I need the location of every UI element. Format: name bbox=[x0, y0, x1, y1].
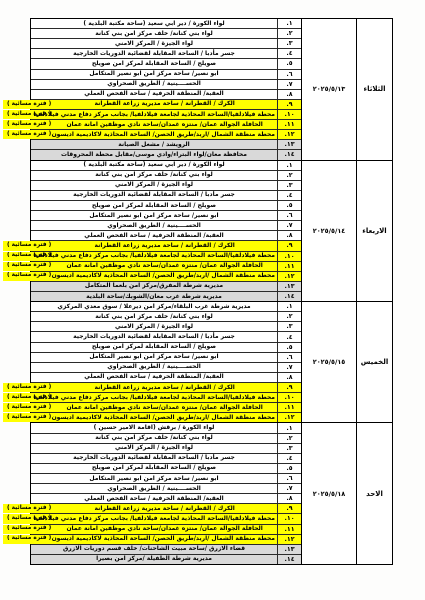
schedule-row: مديرية شرطة الطفيلة /مركز امن بصيرا١٤. bbox=[31, 555, 301, 564]
row-number-cell: ٤. bbox=[277, 49, 301, 58]
locations-column: مديرية شرطة غرب البلقاء/مركز امن ديرعلا … bbox=[31, 302, 301, 422]
evening-period-label: ( فترة مسائية ) bbox=[6, 506, 51, 512]
location-text: مديرية شرطة المفرق/مركز امن بلعما المتكا… bbox=[33, 283, 275, 289]
schedule-row: لواء بني كنانة/ خلف مركز امن بني كنانة٢. bbox=[31, 29, 301, 39]
row-number-cell: ١٠. bbox=[277, 110, 301, 119]
location-text: جسر مأدبا / الساحة المقابلة لقضائية الدو… bbox=[33, 334, 275, 340]
schedule-row: جسر مأدبا / الساحة المقابلة لقضائية الدو… bbox=[31, 454, 301, 464]
day-block: مديرية شرطة غرب البلقاء/مركز امن ديرعلا … bbox=[31, 302, 392, 423]
schedule-row: ( فترة مسائية )الحافلة الجوالة عمان/ منت… bbox=[31, 120, 301, 130]
location-text: ابو نصير/ ساحة مركز امن ابو نصير المتكام… bbox=[33, 476, 275, 482]
row-number-cell: ٥. bbox=[277, 201, 301, 210]
schedule-row: لواء الجيزة / المركز الامني٣. bbox=[31, 444, 301, 454]
day-name-cell: الخميس bbox=[356, 302, 392, 422]
location-text: لواء بني كنانة/ خلف مركز امن بني كنانة bbox=[33, 435, 275, 441]
row-number-cell: ٢. bbox=[277, 29, 301, 38]
location-text: قضاء الازرق /ساحة مبيت الشاحنات/ خلف قسم… bbox=[33, 546, 275, 552]
date-cell: ٢٠٢٥/٥/١٤ bbox=[301, 161, 356, 302]
schedule-row: ( فترة مسائية )محطة فيلادلفيا/الساحة الم… bbox=[31, 393, 301, 403]
row-number-cell: ٧. bbox=[277, 221, 301, 230]
location-cell: لواء بني كنانة/ خلف مركز امن بني كنانة bbox=[31, 29, 277, 38]
row-number-cell: ١١. bbox=[277, 262, 301, 271]
location-cell: مديرية شرطة غرب البلقاء/مركز امن ديرعلا … bbox=[31, 302, 277, 311]
location-cell: قضاء الازرق /ساحة مبيت الشاحنات/ خلف قسم… bbox=[31, 545, 277, 554]
evening-period-label: ( فترة مسائية ) bbox=[6, 243, 51, 249]
schedule-row: العقبة/ المنطقة الحرفية / ساحة الفحص الع… bbox=[31, 90, 301, 100]
row-number-cell: ٧. bbox=[277, 484, 301, 493]
row-number-cell: ٦. bbox=[277, 211, 301, 220]
schedule-row: ابو نصير/ ساحة مركز امن ابو نصير المتكام… bbox=[31, 474, 301, 484]
location-cell: العقبة/ المنطقة الحرفية / ساحة الفحص الع… bbox=[31, 494, 277, 503]
location-cell: جسر مأدبا / الساحة المقابلة لقضائية الدو… bbox=[31, 454, 277, 463]
schedule-row: ( فترة مسائية )الحافلة الجوالة عمان/ منت… bbox=[31, 262, 301, 272]
location-cell: جسر مأدبا / الساحة المقابلة لقضائية الدو… bbox=[31, 49, 277, 58]
schedule-row: ( فترة مسائية )الكرك / القطرانة / ساحة م… bbox=[31, 383, 301, 393]
row-number-cell: ١. bbox=[277, 423, 301, 432]
day-block: لواء الكورة / دير ابي سعيد (ساحة مكتبة ا… bbox=[31, 161, 392, 303]
schedule-row: ( فترة مسائية )الكرك / القطرانة / ساحة م… bbox=[31, 504, 301, 514]
location-cell: جسر مأدبا / الساحة المقابلة لقضائية الدو… bbox=[31, 191, 277, 200]
location-text: محطة منطقة الشمال /اربد/طريق الحصن/ السا… bbox=[54, 536, 275, 542]
location-text: محطة منطقة الشمال /اربد/طريق الحصن/ السا… bbox=[54, 132, 275, 138]
location-text: جسر مأدبا / الساحة المقابلة لقضائية الدو… bbox=[33, 192, 275, 198]
location-text: العقبة/ المنطقة الحرفية / ساحة الفحص الع… bbox=[33, 496, 275, 502]
evening-period-label: ( فترة مسائية ) bbox=[6, 263, 51, 269]
row-number-cell: ١. bbox=[277, 19, 301, 28]
schedule-row: ابو نصير/ ساحة مركز امن ابو نصير المتكام… bbox=[31, 353, 301, 363]
location-text: صويلح / الساحة المقابلة لمركز امن صويلح bbox=[33, 465, 275, 471]
location-cell: ( فترة مسائية )الحافلة الجوالة عمان/ منت… bbox=[3, 525, 277, 534]
location-cell: ( فترة مسائية )محطة فيلادلفيا/الساحة الم… bbox=[3, 514, 277, 523]
row-number-cell: ٣. bbox=[277, 322, 301, 331]
schedule-table: لواء الكورة / دير ابي سعيد (ساحة مكتبة ا… bbox=[30, 18, 393, 565]
location-text: لواء الكورة / دير ابي سعيد (ساحة مكتبة ا… bbox=[33, 21, 275, 27]
location-cell: لواء الكورة / دير ابي سعيد (ساحة مكتبة ا… bbox=[31, 161, 277, 170]
schedule-row: ( فترة مسائية )محطة منطقة الشمال /اربد/ط… bbox=[31, 272, 301, 282]
day-name-cell: الاربعاء bbox=[356, 161, 392, 302]
row-number-cell: ١١. bbox=[277, 403, 301, 412]
row-number-cell: ١. bbox=[277, 161, 301, 170]
location-text: محطة منطقة الشمال /اربد/طريق الحصن/ السا… bbox=[54, 415, 275, 421]
schedule-row: صويلح / الساحة المقابلة لمركز امن صويلح٥… bbox=[31, 59, 301, 69]
schedule-row: ( فترة مسائية )الحافلة الجوالة عمان/ منت… bbox=[31, 403, 301, 413]
location-text: الحســــينية / الطريق الصحراوي bbox=[33, 486, 275, 492]
location-cell: ابو نصير/ ساحة مركز امن ابو نصير المتكام… bbox=[31, 474, 277, 483]
location-text: العقبة/ المنطقة الحرفية / ساحة الفحص الع… bbox=[33, 91, 275, 97]
location-cell: صويلح / الساحة المقابلة لمركز امن صويلح bbox=[31, 343, 277, 352]
schedule-row: ( فترة مسائية )محطة منطقة الشمال /اربد/ط… bbox=[31, 535, 301, 545]
schedule-row: لواء بني كنانة/ خلف مركز امن بني كنانة٢. bbox=[31, 171, 301, 181]
location-cell: ( فترة مسائية )الكرك / القطرانة / ساحة م… bbox=[3, 504, 277, 513]
location-cell: ( فترة مسائية )محطة منطقة الشمال /اربد/ط… bbox=[3, 535, 277, 544]
evening-period-label: ( فترة مسائية ) bbox=[6, 273, 51, 279]
location-text: لواء الجيزة / المركز الامني bbox=[33, 324, 275, 330]
schedule-row: محافظة معان/لواء البتراء/وادي موسى/مقابل… bbox=[31, 150, 301, 159]
evening-period-label: ( فترة مسائية ) bbox=[6, 385, 51, 391]
schedule-row: ابو نصير/ ساحة مركز امن ابو نصير المتكام… bbox=[31, 70, 301, 80]
location-cell: ( فترة مسائية )الكرك / القطرانة / ساحة م… bbox=[3, 241, 277, 250]
schedule-row: صويلح / الساحة المقابلة لمركز امن صويلح٥… bbox=[31, 464, 301, 474]
location-text: جسر مأدبا / الساحة المقابلة لقضائية الدو… bbox=[33, 51, 275, 57]
day-block: لواء الكورة / دير ابي سعيد (ساحة مكتبة ا… bbox=[31, 19, 392, 161]
location-cell: ( فترة مسائية )محطة فيلادلفيا/الساحة الم… bbox=[3, 252, 277, 261]
schedule-row: ( فترة مسائية )الكرك / القطرانة / ساحة م… bbox=[31, 100, 301, 110]
row-number-cell: ٧. bbox=[277, 80, 301, 89]
location-text: محطة فيلادلفيا/الساحة المحاذية لجامعة في… bbox=[54, 516, 275, 522]
location-text: الكرك / القطرانة / ساحة مديرية زراعة الق… bbox=[54, 506, 275, 512]
row-number-cell: ١. bbox=[277, 302, 301, 311]
schedule-row: الحســــينية / الطريق الصحراوي٧. bbox=[31, 221, 301, 231]
schedule-row: صويلح / الساحة المقابلة لمركز امن صويلح٥… bbox=[31, 201, 301, 211]
schedule-row: جسر مأدبا / الساحة المقابلة لقضائية الدو… bbox=[31, 332, 301, 342]
location-cell: ابو نصير/ ساحة مركز امن ابو نصير المتكام… bbox=[31, 211, 277, 220]
location-cell: العقبة/ المنطقة الحرفية / ساحة الفحص الع… bbox=[31, 90, 277, 99]
location-text: لواء بني كنانة/ خلف مركز امن بني كنانة bbox=[33, 172, 275, 178]
row-number-cell: ٨. bbox=[277, 90, 301, 99]
location-text: لواء بني كنانة/ خلف مركز امن بني كنانة bbox=[33, 314, 275, 320]
location-cell: مديرية شرطة غرب معان/الشوبك/ساحة البلدية bbox=[31, 292, 277, 301]
row-number-cell: ١٠. bbox=[277, 514, 301, 523]
location-text: الكرك / القطرانة / ساحة مديرية زراعة الق… bbox=[54, 385, 275, 391]
location-text: الحافلة الجوالة عمان/ منتزه غمدان/ساحة ن… bbox=[54, 405, 275, 411]
evening-period-label: ( فترة مسائية ) bbox=[6, 405, 51, 411]
location-cell: مديرية شرطة الطفيلة /مركز امن بصيرا bbox=[31, 555, 277, 564]
location-cell: ( فترة مسائية )محطة فيلادلفيا/الساحة الم… bbox=[3, 393, 277, 402]
schedule-row: ( فترة مسائية )الكرك / القطرانة / ساحة م… bbox=[31, 241, 301, 251]
date-cell: ٢٠٢٥/٥/١٨ bbox=[301, 423, 356, 564]
location-cell: صويلح / الساحة المقابلة لمركز امن صويلح bbox=[31, 464, 277, 473]
location-cell: الحســــينية / الطريق الصحراوي bbox=[31, 221, 277, 230]
location-text: الكرك / القطرانة / ساحة مديرية زراعة الق… bbox=[54, 101, 275, 107]
schedule-row: ( فترة مسائية )محطة منطقة الشمال /اربد/ط… bbox=[31, 130, 301, 140]
row-number-cell: ٥. bbox=[277, 343, 301, 352]
location-cell: مديرية شرطة المفرق/مركز امن بلعما المتكا… bbox=[31, 282, 277, 291]
row-number-cell: ٩. bbox=[277, 383, 301, 392]
row-number-cell: ٤. bbox=[277, 454, 301, 463]
locations-column: لواء الكورة / دير ابي سعيد (ساحة مكتبة ا… bbox=[31, 161, 301, 302]
location-text: محطة منطقة الشمال /اربد/طريق الحصن/ السا… bbox=[54, 273, 275, 279]
schedule-row: جسر مأدبا / الساحة المقابلة لقضائية الدو… bbox=[31, 49, 301, 59]
location-cell: الحســــينية / الطريق الصحراوي bbox=[31, 484, 277, 493]
location-text: الحافلة الجوالة عمان/ منتزه غمدان/ساحة ن… bbox=[54, 263, 275, 269]
row-number-cell: ١٤. bbox=[277, 292, 301, 301]
row-number-cell: ٩. bbox=[277, 100, 301, 109]
row-number-cell: ١١. bbox=[277, 120, 301, 129]
row-number-cell: ١٤. bbox=[277, 555, 301, 564]
location-cell: لواء الجيزة / المركز الامني bbox=[31, 322, 277, 331]
evening-period-label: ( فترة مسائية ) bbox=[6, 122, 51, 128]
location-text: الكرك / القطرانة / ساحة مديرية زراعة الق… bbox=[54, 243, 275, 249]
schedule-row: الحســــينية / الطريق الصحراوي٧. bbox=[31, 363, 301, 373]
location-text: الحســــينية / الطريق الصحراوي bbox=[33, 81, 275, 87]
location-text: العقبة/ المنطقة الحرفية / ساحة الفحص الع… bbox=[33, 233, 275, 239]
row-number-cell: ٢. bbox=[277, 171, 301, 180]
schedule-row: لواء الجيزة / المركز الامني٣. bbox=[31, 181, 301, 191]
location-cell: صويلح / الساحة المقابلة لمركز امن صويلح bbox=[31, 201, 277, 210]
row-number-cell: ١٢. bbox=[277, 272, 301, 281]
schedule-row: الرويشد / مشغل الصيانة١٣. bbox=[31, 140, 301, 150]
schedule-row: مديرية شرطة المفرق/مركز امن بلعما المتكا… bbox=[31, 282, 301, 292]
day-block: لواء الكورة / برقش (اقامة الامير حسين )١… bbox=[31, 423, 392, 564]
locations-column: لواء الكورة / برقش (اقامة الامير حسين )١… bbox=[31, 423, 301, 564]
location-cell: ( فترة مسائية )محطة فيلادلفيا/الساحة الم… bbox=[3, 110, 277, 119]
location-cell: الرويشد / مشغل الصيانة bbox=[31, 140, 277, 149]
schedule-row: لواء الجيزة / المركز الامني٣. bbox=[31, 39, 301, 49]
location-cell: العقبة/ المنطقة الحرفية / ساحة الفحص الع… bbox=[31, 373, 277, 382]
location-cell: ( فترة مسائية )الكرك / القطرانة / ساحة م… bbox=[3, 383, 277, 392]
schedule-row: لواء بني كنانة/ خلف مركز امن بني كنانة٢. bbox=[31, 312, 301, 322]
location-cell: لواء بني كنانة/ خلف مركز امن بني كنانة bbox=[31, 171, 277, 180]
schedule-row: العقبة/ المنطقة الحرفية / ساحة الفحص الع… bbox=[31, 494, 301, 504]
location-cell: ( فترة مسائية )محطة منطقة الشمال /اربد/ط… bbox=[3, 130, 277, 139]
evening-period-label: ( فترة مسائية ) bbox=[6, 102, 51, 108]
location-cell: ( فترة مسائية )الحافلة الجوالة عمان/ منت… bbox=[3, 403, 277, 412]
location-cell: ابو نصير/ ساحة مركز امن ابو نصير المتكام… bbox=[31, 353, 277, 362]
schedule-row: ( فترة مسائية )محطة فيلادلفيا/الساحة الم… bbox=[31, 110, 301, 120]
location-text: العقبة/ المنطقة الحرفية / ساحة الفحص الع… bbox=[33, 374, 275, 380]
location-cell: جسر مأدبا / الساحة المقابلة لقضائية الدو… bbox=[31, 332, 277, 341]
schedule-row: لواء الكورة / برقش (اقامة الامير حسين )١… bbox=[31, 423, 301, 433]
location-text: الحافلة الجوالة عمان/ منتزه غمدان/ساحة ن… bbox=[54, 122, 275, 128]
location-text: لواء بني كنانة/ خلف مركز امن بني كنانة bbox=[33, 31, 275, 37]
location-text: صويلح / الساحة المقابلة لمركز امن صويلح bbox=[33, 344, 275, 350]
location-text: لواء الجيزة / المركز الامني bbox=[33, 41, 275, 47]
location-cell: لواء بني كنانة/ خلف مركز امن بني كنانة bbox=[31, 434, 277, 443]
row-number-cell: ٢. bbox=[277, 434, 301, 443]
row-number-cell: ١١. bbox=[277, 525, 301, 534]
row-number-cell: ٦. bbox=[277, 353, 301, 362]
location-cell: ( فترة مسائية )الحافلة الجوالة عمان/ منت… bbox=[3, 262, 277, 271]
schedule-row: جسر مأدبا / الساحة المقابلة لقضائية الدو… bbox=[31, 191, 301, 201]
location-text: مديرية شرطة الطفيلة /مركز امن بصيرا bbox=[33, 556, 275, 562]
location-cell: ( فترة مسائية )محطة منطقة الشمال /اربد/ط… bbox=[3, 413, 277, 422]
day-name-cell: الثلاثاء bbox=[356, 19, 392, 160]
schedule-row: العقبة/ المنطقة الحرفية / ساحة الفحص الع… bbox=[31, 373, 301, 383]
location-cell: الحســــينية / الطريق الصحراوي bbox=[31, 363, 277, 372]
location-cell: ( فترة مسائية )محطة منطقة الشمال /اربد/ط… bbox=[3, 272, 277, 281]
evening-period-label: ( فترة مسائية ) bbox=[6, 132, 51, 138]
row-number-cell: ٧. bbox=[277, 363, 301, 372]
row-number-cell: ١٠. bbox=[277, 393, 301, 402]
date-cell: ٢٠٢٥/٥/١٣ bbox=[301, 19, 356, 160]
location-text: صويلح / الساحة المقابلة لمركز امن صويلح bbox=[33, 203, 275, 209]
schedule-row: ( فترة مسائية )الحافلة الجوالة عمان/ منت… bbox=[31, 525, 301, 535]
location-cell: الحســــينية / الطريق الصحراوي bbox=[31, 80, 277, 89]
row-number-cell: ٦. bbox=[277, 70, 301, 79]
schedule-row: قضاء الازرق /ساحة مبيت الشاحنات/ خلف قسم… bbox=[31, 545, 301, 555]
location-text: لواء الجيزة / المركز الامني bbox=[33, 182, 275, 188]
row-number-cell: ٩. bbox=[277, 241, 301, 250]
row-number-cell: ١٢. bbox=[277, 413, 301, 422]
location-cell: لواء الجيزة / المركز الامني bbox=[31, 181, 277, 190]
row-number-cell: ٦. bbox=[277, 474, 301, 483]
location-text: الحســــينية / الطريق الصحراوي bbox=[33, 364, 275, 370]
schedule-row: صويلح / الساحة المقابلة لمركز امن صويلح٥… bbox=[31, 343, 301, 353]
row-number-cell: ٢. bbox=[277, 312, 301, 321]
location-cell: صويلح / الساحة المقابلة لمركز امن صويلح bbox=[31, 59, 277, 68]
location-cell: لواء الجيزة / المركز الامني bbox=[31, 39, 277, 48]
row-number-cell: ١٠. bbox=[277, 252, 301, 261]
locations-column: لواء الكورة / دير ابي سعيد (ساحة مكتبة ا… bbox=[31, 19, 301, 160]
schedule-row: لواء بني كنانة/ خلف مركز امن بني كنانة٢. bbox=[31, 434, 301, 444]
location-cell: محافظة معان/لواء البتراء/وادي موسى/مقابل… bbox=[31, 150, 277, 159]
schedule-row: ( فترة مسائية )محطة منطقة الشمال /اربد/ط… bbox=[31, 413, 301, 422]
day-name-cell: الاحد bbox=[356, 423, 392, 564]
location-cell: العقبة/ المنطقة الحرفية / ساحة الفحص الع… bbox=[31, 231, 277, 240]
row-number-cell: ٣. bbox=[277, 39, 301, 48]
row-number-cell: ٨. bbox=[277, 494, 301, 503]
scanned-schedule-page: لواء الكورة / دير ابي سعيد (ساحة مكتبة ا… bbox=[0, 0, 425, 600]
location-text: محطة فيلادلفيا/الساحة المحاذية لجامعة في… bbox=[54, 253, 275, 259]
location-text: مديرية شرطة غرب البلقاء/مركز امن ديرعلا … bbox=[33, 304, 275, 310]
row-number-cell: ٨. bbox=[277, 373, 301, 382]
schedule-row: لواء الكورة / دير ابي سعيد (ساحة مكتبة ا… bbox=[31, 161, 301, 171]
schedule-row: ( فترة مسائية )محطة فيلادلفيا/الساحة الم… bbox=[31, 514, 301, 524]
schedule-row: الحســــينية / الطريق الصحراوي٧. bbox=[31, 80, 301, 90]
row-number-cell: ١٤. bbox=[277, 150, 301, 159]
location-cell: لواء الجيزة / المركز الامني bbox=[31, 444, 277, 453]
location-text: محطة فيلادلفيا/الساحة المحاذية لجامعة في… bbox=[54, 112, 275, 118]
location-text: ابو نصير/ ساحة مركز امن ابو نصير المتكام… bbox=[33, 213, 275, 219]
location-text: ابو نصير/ ساحة مركز امن ابو نصير المتكام… bbox=[33, 354, 275, 360]
row-number-cell: ٥. bbox=[277, 59, 301, 68]
location-text: الرويشد / مشغل الصيانة bbox=[33, 142, 275, 148]
location-text: لواء الكورة / برقش (اقامة الامير حسين ) bbox=[33, 425, 275, 431]
location-cell: ( فترة مسائية )الكرك / القطرانة / ساحة م… bbox=[3, 100, 277, 109]
row-number-cell: ١٢. bbox=[277, 535, 301, 544]
schedule-row: ( فترة مسائية )محطة فيلادلفيا/الساحة الم… bbox=[31, 252, 301, 262]
row-number-cell: ١٣. bbox=[277, 282, 301, 291]
row-number-cell: ٤. bbox=[277, 332, 301, 341]
location-cell: لواء بني كنانة/ خلف مركز امن بني كنانة bbox=[31, 312, 277, 321]
row-number-cell: ٣. bbox=[277, 444, 301, 453]
location-text: لواء الكورة / دير ابي سعيد (ساحة مكتبة ا… bbox=[33, 162, 275, 168]
location-text: محافظة معان/لواء البتراء/وادي موسى/مقابل… bbox=[33, 152, 275, 158]
schedule-row: ابو نصير/ ساحة مركز امن ابو نصير المتكام… bbox=[31, 211, 301, 221]
location-text: الحافلة الجوالة عمان/ منتزه غمدان/ساحة ن… bbox=[54, 526, 275, 532]
schedule-row: مديرية شرطة غرب البلقاء/مركز امن ديرعلا … bbox=[31, 302, 301, 312]
evening-period-label: ( فترة مسائية ) bbox=[6, 415, 51, 421]
row-number-cell: ٥. bbox=[277, 464, 301, 473]
evening-period-label: ( فترة مسائية ) bbox=[6, 526, 51, 532]
evening-period-label: ( فترة مسائية ) bbox=[6, 536, 51, 542]
location-cell: لواء الكورة / برقش (اقامة الامير حسين ) bbox=[31, 423, 277, 432]
row-number-cell: ١٢. bbox=[277, 130, 301, 139]
schedule-row: لواء الكورة / دير ابي سعيد (ساحة مكتبة ا… bbox=[31, 19, 301, 29]
location-text: الحســــينية / الطريق الصحراوي bbox=[33, 223, 275, 229]
location-text: ابو نصير/ ساحة مركز امن ابو نصير المتكام… bbox=[33, 71, 275, 77]
location-text: لواء الجيزة / المركز الامني bbox=[33, 445, 275, 451]
row-number-cell: ٣. bbox=[277, 181, 301, 190]
schedule-row: مديرية شرطة غرب معان/الشوبك/ساحة البلدية… bbox=[31, 292, 301, 301]
schedule-row: لواء الجيزة / المركز الامني٣. bbox=[31, 322, 301, 332]
location-text: محطة فيلادلفيا/الساحة المحاذية لجامعة في… bbox=[54, 395, 275, 401]
location-text: مديرية شرطة غرب معان/الشوبك/ساحة البلدية bbox=[33, 294, 275, 300]
date-cell: ٢٠٢٥/٥/١٥ bbox=[301, 302, 356, 422]
row-number-cell: ٨. bbox=[277, 231, 301, 240]
location-cell: ( فترة مسائية )الحافلة الجوالة عمان/ منت… bbox=[3, 120, 277, 129]
row-number-cell: ٩. bbox=[277, 504, 301, 513]
schedule-row: العقبة/ المنطقة الحرفية / ساحة الفحص الع… bbox=[31, 231, 301, 241]
schedule-row: الحســــينية / الطريق الصحراوي٧. bbox=[31, 484, 301, 494]
row-number-cell: ١٣. bbox=[277, 545, 301, 554]
location-text: صويلح / الساحة المقابلة لمركز امن صويلح bbox=[33, 61, 275, 67]
location-cell: لواء الكورة / دير ابي سعيد (ساحة مكتبة ا… bbox=[31, 19, 277, 28]
location-cell: ابو نصير/ ساحة مركز امن ابو نصير المتكام… bbox=[31, 70, 277, 79]
row-number-cell: ٤. bbox=[277, 191, 301, 200]
location-text: جسر مأدبا / الساحة المقابلة لقضائية الدو… bbox=[33, 455, 275, 461]
row-number-cell: ١٣. bbox=[277, 140, 301, 149]
